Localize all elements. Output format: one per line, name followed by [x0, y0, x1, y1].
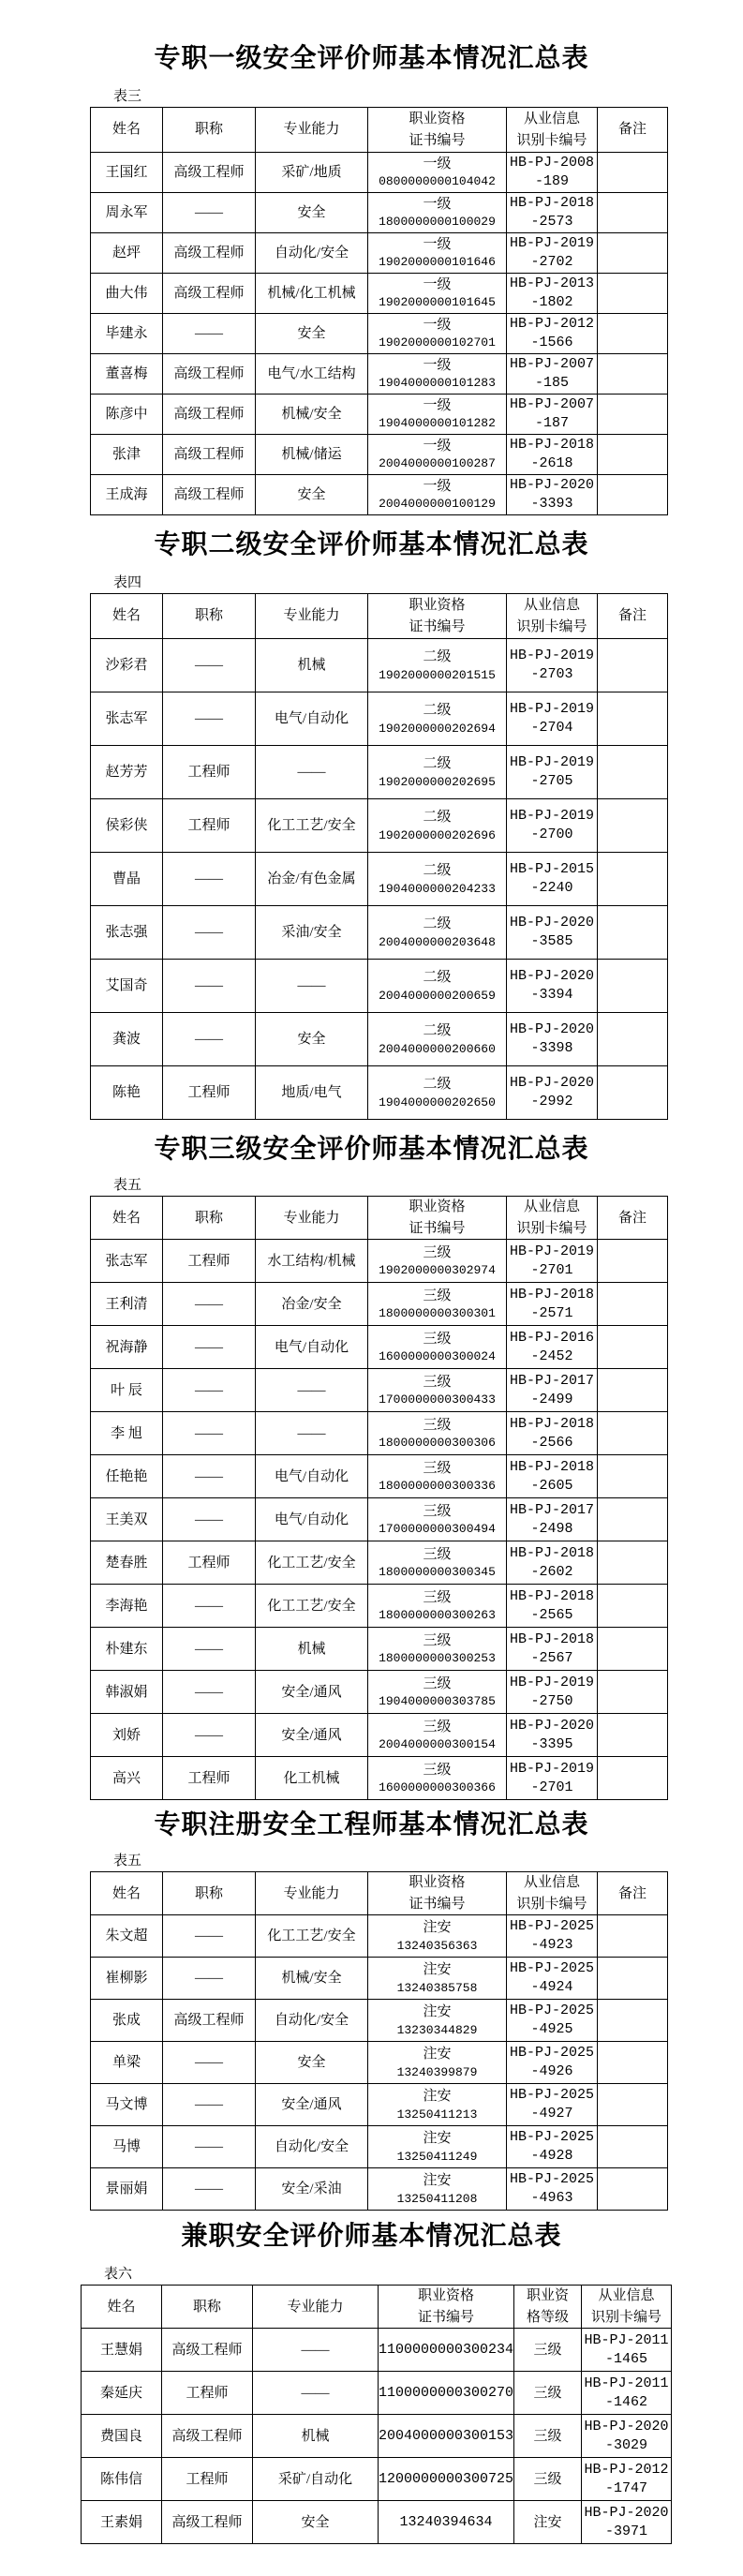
cert-number-text: 1600000000300366 [368, 1779, 506, 1796]
table-row: 李海艳——化工工艺/安全三级1800000000300263HB-PJ-2018… [91, 1585, 668, 1628]
cell-name: 任艳艳 [91, 1455, 163, 1498]
cert-level-text: 二级 [368, 968, 506, 987]
cert-number-text: 1902000000101646 [368, 254, 506, 271]
cert-level-text: 注安 [368, 2087, 506, 2106]
table-row: 费国良高级工程师机械2004000000300153三级HB-PJ-2020-3… [82, 2415, 672, 2458]
cell-job-title: 高级工程师 [163, 233, 256, 274]
cell-remark [598, 1240, 668, 1283]
cell-cert-number: 一级1902000000101645 [368, 274, 507, 314]
cert-level-text: 三级 [368, 1373, 506, 1392]
cell-job-title: —— [163, 1412, 256, 1455]
cell-cert-number: 注安13250411249 [368, 2126, 507, 2168]
cell-cert-number: 一级1902000000101646 [368, 233, 507, 274]
cell-job-title: —— [163, 1714, 256, 1757]
cert-number-text: 1800000000300263 [368, 1607, 506, 1624]
cell-job-title: —— [163, 2084, 256, 2126]
cert-level-text: 二级 [368, 915, 506, 933]
cell-job-title: —— [163, 639, 256, 692]
cell-ability: 化工工艺/安全 [256, 1541, 368, 1585]
table-row: 赵坪高级工程师自动化/安全一级1902000000101646HB-PJ-201… [91, 233, 668, 274]
table-row: 艾国奇————二级2004000000200659HB-PJ-2020-3394 [91, 960, 668, 1013]
summary-table: 姓名职称专业能力职业资格 证书编号从业信息 识别卡编号备注王国红高级工程师采矿/… [90, 107, 668, 515]
table-row: 张津高级工程师机械/储运一级2004000000100287HB-PJ-2018… [91, 435, 668, 475]
cell-cert-number: 三级2004000000300154 [368, 1714, 507, 1757]
column-header: 职称 [163, 1197, 256, 1240]
cert-level-text: 注安 [368, 2129, 506, 2148]
cell-name: 王素娟 [82, 2501, 162, 2544]
cell-card-number: HB-PJ-2025-4923 [507, 1915, 598, 1958]
cert-number-text: 2004000000300154 [368, 1736, 506, 1753]
summary-table-section: 专职注册安全工程师基本情况汇总表表五姓名职称专业能力职业资格 证书编号从业信息 … [0, 1809, 743, 2211]
cert-level-text: 注安 [368, 1918, 506, 1937]
cell-remark [598, 853, 668, 906]
table-row: 李 旭————三级1800000000300306HB-PJ-2018-2566 [91, 1412, 668, 1455]
cell-name: 艾国奇 [91, 960, 163, 1013]
cell-ability: 采矿/自动化 [253, 2458, 379, 2501]
table-row: 陈艳工程师地质/电气二级1904000000202650HB-PJ-2020-2… [91, 1066, 668, 1120]
cert-level-text: 三级 [368, 1502, 506, 1521]
summary-table: 姓名职称专业能力职业资格 证书编号从业信息 识别卡编号备注沙彩君——机械二级19… [90, 593, 668, 1120]
table-row: 曹晶——冶金/有色金属二级1904000000204233HB-PJ-2015-… [91, 853, 668, 906]
cell-job-title: —— [163, 1283, 256, 1326]
header-row: 姓名职称专业能力职业资格 证书编号从业信息 识别卡编号备注 [91, 594, 668, 639]
cert-number-text: 2004000000100129 [368, 496, 506, 513]
cell-cert-number: 二级1904000000202650 [368, 1066, 507, 1120]
cell-card-number: HB-PJ-2019-2702 [507, 233, 598, 274]
table-row: 张志强——采油/安全二级2004000000203648HB-PJ-2020-3… [91, 906, 668, 960]
cell-card-number: HB-PJ-2025-4963 [507, 2168, 598, 2211]
header-row: 姓名职称专业能力职业资格 证书编号从业信息 识别卡编号备注 [91, 108, 668, 153]
cert-number-text: 13250411208 [368, 2191, 506, 2208]
cell-cert-number: 注安13240385758 [368, 1958, 507, 2000]
column-header: 姓名 [91, 594, 163, 639]
cell-name: 叶 辰 [91, 1369, 163, 1412]
cell-name: 费国良 [82, 2415, 162, 2458]
cell-card-number: HB-PJ-2019-2750 [507, 1671, 598, 1714]
cell-name: 王国红 [91, 153, 163, 193]
column-header: 备注 [598, 594, 668, 639]
cell-ability: 安全 [253, 2501, 379, 2544]
cert-level-text: 三级 [368, 1588, 506, 1607]
cell-card-number: HB-PJ-2013-1802 [507, 274, 598, 314]
cell-name: 张志军 [91, 1240, 163, 1283]
cell-job-title: 高级工程师 [163, 475, 256, 515]
cell-ability: —— [256, 960, 368, 1013]
cell-name: 赵坪 [91, 233, 163, 274]
cell-remark [598, 1671, 668, 1714]
cell-cert-number: 注安13240399879 [368, 2042, 507, 2084]
cell-card-number: HB-PJ-2020-3394 [507, 960, 598, 1013]
cert-level-text: 一级 [368, 235, 506, 254]
cert-level-text: 二级 [368, 648, 506, 666]
cert-level-text: 三级 [368, 1243, 506, 1262]
cell-remark [598, 2126, 668, 2168]
cell-job-title: 工程师 [163, 1066, 256, 1120]
cell-remark [598, 1013, 668, 1066]
column-header: 职业资格 证书编号 [368, 108, 507, 153]
column-header: 从业信息 识别卡编号 [507, 108, 598, 153]
cell-card-number: HB-PJ-2020-3398 [507, 1013, 598, 1066]
document-page: 专职一级安全评价师基本情况汇总表表三姓名职称专业能力职业资格 证书编号从业信息 … [0, 42, 743, 2544]
cell-job-title: —— [163, 193, 256, 233]
cell-cert-number: 三级1700000000300433 [368, 1369, 507, 1412]
cell-ability: 机械/化工机械 [256, 274, 368, 314]
cell-cert-number: 1100000000300234 [379, 2329, 514, 2372]
cell-grade: 三级 [514, 2458, 582, 2501]
column-header: 职称 [163, 594, 256, 639]
table-row: 祝海静——电气/自动化三级1600000000300024HB-PJ-2016-… [91, 1326, 668, 1369]
cell-cert-number: 三级1600000000300366 [368, 1757, 507, 1800]
column-header: 专业能力 [256, 594, 368, 639]
cell-ability: 机械 [253, 2415, 379, 2458]
column-header: 职业资格 证书编号 [368, 594, 507, 639]
cell-cert-number: 一级2004000000100129 [368, 475, 507, 515]
table-row: 张志军工程师水工结构/机械三级1902000000302974HB-PJ-201… [91, 1240, 668, 1283]
cert-level-text: 一级 [368, 477, 506, 496]
table-row: 陈伟信工程师采矿/自动化1200000000300725三级HB-PJ-2012… [82, 2458, 672, 2501]
table-row: 王国红高级工程师采矿/地质一级0800000000104042HB-PJ-200… [91, 153, 668, 193]
cell-remark [598, 193, 668, 233]
column-header: 职业资格 证书编号 [368, 1197, 507, 1240]
cell-cert-number: 二级2004000000200659 [368, 960, 507, 1013]
cell-ability: —— [256, 746, 368, 799]
cell-card-number: HB-PJ-2019-2701 [507, 1757, 598, 1800]
cell-card-number: HB-PJ-2018-2573 [507, 193, 598, 233]
column-header: 从业信息 识别卡编号 [507, 1197, 598, 1240]
cell-cert-number: 二级2004000000203648 [368, 906, 507, 960]
cert-number-text: 13240399879 [368, 2064, 506, 2081]
cert-level-text: 二级 [368, 861, 506, 880]
table-row: 马博——自动化/安全注安13250411249HB-PJ-2025-4928 [91, 2126, 668, 2168]
cert-level-text: 一级 [368, 437, 506, 455]
cert-number-text: 1700000000300494 [368, 1521, 506, 1538]
cell-remark [598, 354, 668, 395]
cert-number-text: 1904000000303785 [368, 1693, 506, 1710]
cell-job-title: —— [163, 1628, 256, 1671]
column-header: 专业能力 [253, 2286, 379, 2329]
cell-cert-number: 一级1904000000101283 [368, 354, 507, 395]
cell-cert-number: 一级1904000000101282 [368, 395, 507, 435]
table-row: 楚春胜工程师化工工艺/安全三级1800000000300345HB-PJ-201… [91, 1541, 668, 1585]
cert-level-text: 三级 [368, 1675, 506, 1693]
cell-job-title: —— [163, 1326, 256, 1369]
cell-ability: 化工机械 [256, 1757, 368, 1800]
cert-level-text: 二级 [368, 701, 506, 720]
cell-name: 高兴 [91, 1757, 163, 1800]
cert-number-text: 1700000000300433 [368, 1392, 506, 1408]
table-row: 朴建东——机械三级1800000000300253HB-PJ-2018-2567 [91, 1628, 668, 1671]
cell-name: 曹晶 [91, 853, 163, 906]
cell-name: 陈伟信 [82, 2458, 162, 2501]
cell-job-title: 高级工程师 [162, 2329, 253, 2372]
table-row: 王素娟高级工程师安全13240394634注安HB-PJ-2020-3971 [82, 2501, 672, 2544]
cell-cert-number: 2004000000300153 [379, 2415, 514, 2458]
cell-card-number: HB-PJ-2019-2703 [507, 639, 598, 692]
cell-remark [598, 314, 668, 354]
cell-card-number: HB-PJ-2012-1747 [582, 2458, 672, 2501]
cell-job-title: 工程师 [163, 1757, 256, 1800]
cell-ability: 电气/自动化 [256, 1326, 368, 1369]
cert-number-text: 1600000000300024 [368, 1348, 506, 1365]
table-row: 龚波——安全二级2004000000200660HB-PJ-2020-3398 [91, 1013, 668, 1066]
cert-number-text: 2004000000200660 [368, 1041, 506, 1058]
cell-ability: 冶金/安全 [256, 1283, 368, 1326]
cert-level-text: 三级 [368, 1718, 506, 1736]
cell-name: 景丽娟 [91, 2168, 163, 2211]
cell-cert-number: 二级1902000000202696 [368, 799, 507, 853]
cell-cert-number: 注安13250411213 [368, 2084, 507, 2126]
table-row: 秦延庆工程师——1100000000300270三级HB-PJ-2011-146… [82, 2372, 672, 2415]
cell-card-number: HB-PJ-2020-2992 [507, 1066, 598, 1120]
cell-card-number: HB-PJ-2020-3971 [582, 2501, 672, 2544]
cell-name: 王慧娟 [82, 2329, 162, 2372]
cell-ability: 机械 [256, 639, 368, 692]
cell-grade: 三级 [514, 2329, 582, 2372]
cell-ability: —— [256, 1412, 368, 1455]
cell-ability: 安全/通风 [256, 2084, 368, 2126]
table-row: 沙彩君——机械二级1902000000201515HB-PJ-2019-2703 [91, 639, 668, 692]
cert-number-text: 1902000000202696 [368, 827, 506, 844]
cell-card-number: HB-PJ-2025-4925 [507, 2000, 598, 2042]
column-header: 从业信息 识别卡编号 [507, 594, 598, 639]
cell-job-title: —— [163, 692, 256, 746]
cell-job-title: 工程师 [162, 2458, 253, 2501]
table-row: 单梁——安全注安13240399879HB-PJ-2025-4926 [91, 2042, 668, 2084]
cell-job-title: 高级工程师 [163, 274, 256, 314]
cell-remark [598, 1412, 668, 1455]
cert-number-text: 0800000000104042 [368, 173, 506, 190]
cell-name: 楚春胜 [91, 1541, 163, 1585]
cell-cert-number: 三级1904000000303785 [368, 1671, 507, 1714]
cell-remark [598, 906, 668, 960]
cell-name: 曲大伟 [91, 274, 163, 314]
cert-number-text: 1800000000100029 [368, 214, 506, 231]
cell-ability: 冶金/有色金属 [256, 853, 368, 906]
cell-cert-number: 三级1800000000300253 [368, 1628, 507, 1671]
cert-level-text: 一级 [368, 275, 506, 294]
cell-ability: 电气/水工结构 [256, 354, 368, 395]
table-row: 赵芳芳工程师——二级1902000000202695HB-PJ-2019-270… [91, 746, 668, 799]
cell-job-title: —— [163, 853, 256, 906]
table-row: 张志军——电气/自动化二级1902000000202694HB-PJ-2019-… [91, 692, 668, 746]
cell-ability: 采矿/地质 [256, 153, 368, 193]
cell-job-title: —— [163, 1369, 256, 1412]
cert-number-text: 13250411249 [368, 2149, 506, 2166]
table-number-label: 表五 [113, 1178, 743, 1194]
table-row: 陈彦中高级工程师机械/安全一级1904000000101282HB-PJ-200… [91, 395, 668, 435]
column-header: 姓名 [91, 108, 163, 153]
cell-ability: 机械 [256, 1628, 368, 1671]
cell-card-number: HB-PJ-2018-2571 [507, 1283, 598, 1326]
cell-remark [598, 1585, 668, 1628]
cell-name: 陈艳 [91, 1066, 163, 1120]
cert-number-text: 2004000000203648 [368, 934, 506, 951]
cert-number-text: 1904000000204233 [368, 881, 506, 898]
cert-level-text: 三级 [368, 1287, 506, 1305]
column-header: 姓名 [82, 2286, 162, 2329]
cell-name: 王美双 [91, 1498, 163, 1541]
cert-number-text: 1800000000300306 [368, 1435, 506, 1452]
column-header: 职业资格 证书编号 [379, 2286, 514, 2329]
cell-card-number: HB-PJ-2020-3395 [507, 1714, 598, 1757]
cell-grade: 三级 [514, 2415, 582, 2458]
cell-card-number: HB-PJ-2017-2498 [507, 1498, 598, 1541]
cell-remark [598, 692, 668, 746]
column-header: 专业能力 [256, 1197, 368, 1240]
section-title: 专职注册安全工程师基本情况汇总表 [0, 1809, 743, 1840]
cert-number-text: 13240356363 [368, 1938, 506, 1955]
table-row: 叶 辰————三级1700000000300433HB-PJ-2017-2499 [91, 1369, 668, 1412]
cell-remark [598, 1326, 668, 1369]
cell-remark [598, 233, 668, 274]
cell-card-number: HB-PJ-2020-3029 [582, 2415, 672, 2458]
cell-name: 沙彩君 [91, 639, 163, 692]
cell-cert-number: 1100000000300270 [379, 2372, 514, 2415]
cell-remark [598, 2168, 668, 2211]
cell-ability: 安全/通风 [256, 1714, 368, 1757]
cell-remark [598, 960, 668, 1013]
cell-card-number: HB-PJ-2018-2605 [507, 1455, 598, 1498]
cell-card-number: HB-PJ-2020-3393 [507, 475, 598, 515]
cell-grade: 注安 [514, 2501, 582, 2544]
cert-level-text: 注安 [368, 1960, 506, 1979]
cell-name: 韩淑娟 [91, 1671, 163, 1714]
cell-cert-number: 三级1800000000300345 [368, 1541, 507, 1585]
cell-card-number: HB-PJ-2019-2701 [507, 1240, 598, 1283]
cell-card-number: HB-PJ-2007-187 [507, 395, 598, 435]
cell-cert-number: 三级1902000000302974 [368, 1240, 507, 1283]
cell-cert-number: 二级1902000000201515 [368, 639, 507, 692]
cert-number-text: 1800000000300253 [368, 1650, 506, 1667]
cell-ability: 机械/安全 [256, 1958, 368, 2000]
cert-number-text: 1902000000101645 [368, 294, 506, 311]
cell-cert-number: 三级1600000000300024 [368, 1326, 507, 1369]
summary-table-section: 兼职安全评价师基本情况汇总表表六姓名职称专业能力职业资格 证书编号职业资 格等级… [0, 2220, 743, 2544]
cell-ability: 安全 [256, 1013, 368, 1066]
cell-remark [598, 2000, 668, 2042]
table-row: 曲大伟高级工程师机械/化工机械一级1902000000101645HB-PJ-2… [91, 274, 668, 314]
cert-level-text: 二级 [368, 1021, 506, 1040]
cell-ability: —— [253, 2372, 379, 2415]
cell-cert-number: 一级0800000000104042 [368, 153, 507, 193]
cell-card-number: HB-PJ-2018-2567 [507, 1628, 598, 1671]
cell-name: 侯彩侠 [91, 799, 163, 853]
table-row: 王美双——电气/自动化三级1700000000300494HB-PJ-2017-… [91, 1498, 668, 1541]
cell-ability: 化工工艺/安全 [256, 1915, 368, 1958]
section-title: 专职三级安全评价师基本情况汇总表 [0, 1133, 743, 1165]
cell-name: 张成 [91, 2000, 163, 2042]
cell-ability: 安全 [256, 2042, 368, 2084]
cell-card-number: HB-PJ-2025-4928 [507, 2126, 598, 2168]
summary-table: 姓名职称专业能力职业资格 证书编号从业信息 识别卡编号备注张志军工程师水工结构/… [90, 1196, 668, 1800]
cell-job-title: 高级工程师 [163, 435, 256, 475]
table-number-label: 表四 [113, 575, 743, 591]
table-row: 张成高级工程师自动化/安全注安13230344829HB-PJ-2025-492… [91, 2000, 668, 2042]
cell-ability: —— [253, 2329, 379, 2372]
cell-name: 董喜梅 [91, 354, 163, 395]
cert-level-text: 注安 [368, 2045, 506, 2063]
cell-name: 周永军 [91, 193, 163, 233]
table-row: 崔柳影——机械/安全注安13240385758HB-PJ-2025-4924 [91, 1958, 668, 2000]
cell-job-title: —— [163, 2168, 256, 2211]
cert-number-text: 1904000000101282 [368, 415, 506, 432]
table-row: 王成海高级工程师安全一级2004000000100129HB-PJ-2020-3… [91, 475, 668, 515]
cell-remark [598, 274, 668, 314]
cell-card-number: HB-PJ-2017-2499 [507, 1369, 598, 1412]
cert-number-text: 1800000000300336 [368, 1478, 506, 1495]
cert-level-text: 一级 [368, 396, 506, 415]
cell-card-number: HB-PJ-2025-4926 [507, 2042, 598, 2084]
cell-name: 张津 [91, 435, 163, 475]
cell-remark [598, 639, 668, 692]
cell-cert-number: 一级2004000000100287 [368, 435, 507, 475]
cell-cert-number: 三级1800000000300263 [368, 1585, 507, 1628]
cert-level-text: 注安 [368, 2003, 506, 2021]
table-row: 任艳艳——电气/自动化三级1800000000300336HB-PJ-2018-… [91, 1455, 668, 1498]
summary-table-section: 专职一级安全评价师基本情况汇总表表三姓名职称专业能力职业资格 证书编号从业信息 … [0, 42, 743, 515]
cell-job-title: —— [163, 1958, 256, 2000]
cell-job-title: —— [163, 2126, 256, 2168]
cert-level-text: 三级 [368, 1545, 506, 1564]
summary-table: 姓名职称专业能力职业资格 证书编号职业资 格等级从业信息 识别卡编号王慧娟高级工… [81, 2285, 672, 2544]
cell-cert-number: 1200000000300725 [379, 2458, 514, 2501]
cell-name: 马博 [91, 2126, 163, 2168]
cell-cert-number: 三级1800000000300301 [368, 1283, 507, 1326]
cell-card-number: HB-PJ-2011-1462 [582, 2372, 672, 2415]
cert-level-text: 注安 [368, 2171, 506, 2190]
column-header: 职业资 格等级 [514, 2286, 582, 2329]
cell-cert-number: 13240394634 [379, 2501, 514, 2544]
cell-ability: 安全/采油 [256, 2168, 368, 2211]
table-row: 董喜梅高级工程师电气/水工结构一级1904000000101283HB-PJ-2… [91, 354, 668, 395]
cert-number-text: 1904000000202650 [368, 1094, 506, 1111]
cell-job-title: —— [163, 1915, 256, 1958]
cell-cert-number: 三级1800000000300306 [368, 1412, 507, 1455]
cell-remark [598, 1066, 668, 1120]
cell-remark [598, 746, 668, 799]
cell-card-number: HB-PJ-2025-4924 [507, 1958, 598, 2000]
cert-level-text: 二级 [368, 754, 506, 773]
column-header: 专业能力 [256, 1872, 368, 1915]
cell-remark [598, 2084, 668, 2126]
cell-job-title: 高级工程师 [162, 2501, 253, 2544]
column-header: 职业资格 证书编号 [368, 1872, 507, 1915]
cell-remark [598, 395, 668, 435]
cell-name: 马文博 [91, 2084, 163, 2126]
cell-job-title: 高级工程师 [163, 153, 256, 193]
cell-name: 张志强 [91, 906, 163, 960]
cell-ability: 电气/自动化 [256, 1498, 368, 1541]
cell-grade: 三级 [514, 2372, 582, 2415]
cell-job-title: 工程师 [163, 1240, 256, 1283]
cell-ability: 自动化/安全 [256, 2126, 368, 2168]
cell-cert-number: 三级1700000000300494 [368, 1498, 507, 1541]
cell-card-number: HB-PJ-2018-2565 [507, 1585, 598, 1628]
cert-number-text: 1902000000201515 [368, 667, 506, 684]
cert-level-text: 二级 [368, 1075, 506, 1094]
cell-ability: 地质/电气 [256, 1066, 368, 1120]
column-header: 专业能力 [256, 108, 368, 153]
cell-ability: 机械/安全 [256, 395, 368, 435]
cell-name: 陈彦中 [91, 395, 163, 435]
cell-ability: 自动化/安全 [256, 233, 368, 274]
section-title: 专职二级安全评价师基本情况汇总表 [0, 529, 743, 560]
cell-ability: 采油/安全 [256, 906, 368, 960]
cell-remark [598, 1369, 668, 1412]
cell-name: 朱文超 [91, 1915, 163, 1958]
table-number-label: 表五 [113, 1854, 743, 1869]
cert-level-text: 二级 [368, 808, 506, 826]
